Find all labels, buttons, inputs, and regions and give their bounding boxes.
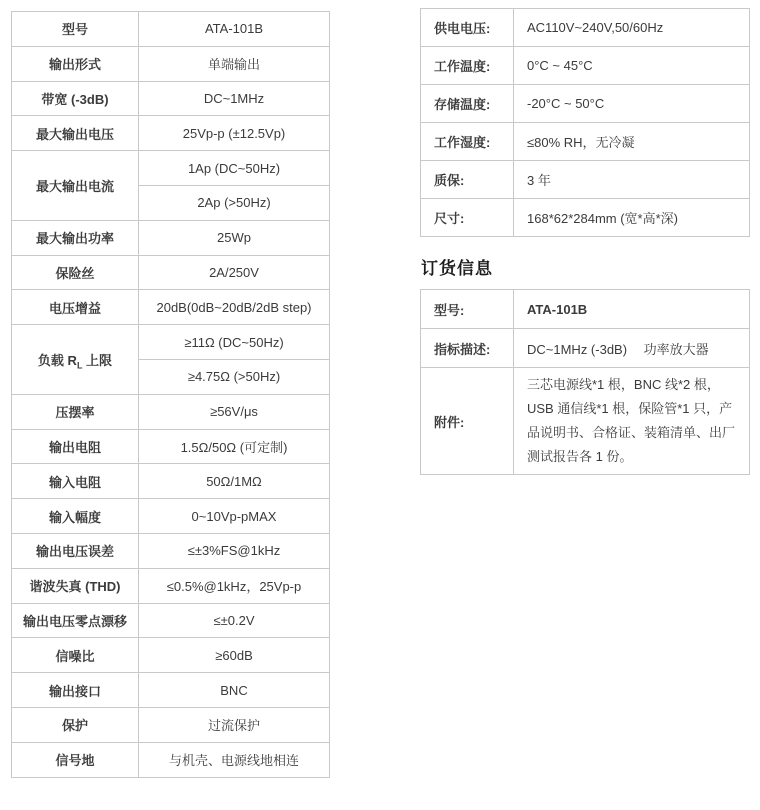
info-label-cell: 工作湿度: <box>421 123 514 161</box>
info-row: 工作温度:0°C ~ 45°C <box>421 47 750 85</box>
spec-row: 输出接口BNC <box>12 673 330 708</box>
spec-table: 型号ATA-101B输出形式单端输出带宽 (-3dB)DC~1MHz最大输出电压… <box>11 11 330 778</box>
info-value-cell: 168*62*284mm (宽*高*深) <box>514 199 750 237</box>
spec-value-cell: ≥11Ω (DC~50Hz) <box>139 325 330 360</box>
spec-value-cell: 单端输出 <box>139 46 330 81</box>
spec-label-cell: 输出电压误差 <box>12 533 139 568</box>
info-row: 质保:3 年 <box>421 161 750 199</box>
spec-label-cell: 输出形式 <box>12 46 139 81</box>
spec-label-cell: 最大输出电压 <box>12 116 139 151</box>
info-label-cell: 型号: <box>421 290 514 329</box>
spec-value-cell: 0~10Vp-pMAX <box>139 499 330 534</box>
spec-row: 最大输出电压25Vp-p (±12.5Vp) <box>12 116 330 151</box>
info-row: 型号:ATA-101B <box>421 290 750 329</box>
right-column: 供电电压:AC110V~240V,50/60Hz工作温度:0°C ~ 45°C存… <box>420 8 750 475</box>
spec-row: 型号ATA-101B <box>12 12 330 47</box>
spec-label-cell: 输出接口 <box>12 673 139 708</box>
info-label-cell: 供电电压: <box>421 9 514 47</box>
spec-row: 压摆率≥56V/μs <box>12 394 330 429</box>
spec-value-cell: 25Wp <box>139 220 330 255</box>
spec-label-cell: 输入电阻 <box>12 464 139 499</box>
general-info-table: 供电电压:AC110V~240V,50/60Hz工作温度:0°C ~ 45°C存… <box>420 8 750 237</box>
info-value-cell: ≤80% RH，无冷凝 <box>514 123 750 161</box>
info-label-cell: 存储温度: <box>421 85 514 123</box>
spec-row: 输出电压零点漂移≤±0.2V <box>12 603 330 638</box>
spec-row: 电压增益20dB(0dB~20dB/2dB step) <box>12 290 330 325</box>
spec-row: 输出形式单端输出 <box>12 46 330 81</box>
spec-label-cell: 型号 <box>12 12 139 47</box>
info-row: 存储温度:-20°C ~ 50°C <box>421 85 750 123</box>
spec-row: 信噪比≥60dB <box>12 638 330 673</box>
spec-label-cell: 谐波失真 (THD) <box>12 568 139 603</box>
spec-row: 输入电阻50Ω/1MΩ <box>12 464 330 499</box>
spec-label-cell: 信噪比 <box>12 638 139 673</box>
spec-value-cell: ≤±0.2V <box>139 603 330 638</box>
info-label-cell: 尺寸: <box>421 199 514 237</box>
spec-row: 带宽 (-3dB)DC~1MHz <box>12 81 330 116</box>
info-label-cell: 附件: <box>421 368 514 475</box>
spec-row: 最大输出电流1Ap (DC~50Hz) <box>12 151 330 186</box>
spec-value-cell: BNC <box>139 673 330 708</box>
spec-row: 最大输出功率25Wp <box>12 220 330 255</box>
spec-value-cell: ≤±3%FS@1kHz <box>139 533 330 568</box>
info-row: 附件:三芯电源线*1 根，BNC 线*2 根，USB 通信线*1 根，保险管*1… <box>421 368 750 475</box>
spec-label-cell: 带宽 (-3dB) <box>12 81 139 116</box>
spec-row: 保护过流保护 <box>12 707 330 742</box>
ordering-heading: 订货信息 <box>421 254 750 279</box>
spec-value-cell: ≥4.75Ω (>50Hz) <box>139 359 330 394</box>
spec-label-cell: 负载 RL 上限 <box>12 325 139 395</box>
spec-label-cell: 输出电阻 <box>12 429 139 464</box>
ordering-table: 型号:ATA-101B指标描述:DC~1MHz (-3dB) 功率放大器附件:三… <box>420 289 750 475</box>
spec-row: 负载 RL 上限≥11Ω (DC~50Hz) <box>12 325 330 360</box>
label-text: 负载 R <box>38 353 77 368</box>
spec-label-cell: 信号地 <box>12 742 139 777</box>
spec-label-cell: 保护 <box>12 707 139 742</box>
info-label-cell: 质保: <box>421 161 514 199</box>
spec-value-cell: ATA-101B <box>139 12 330 47</box>
spec-value-cell: 50Ω/1MΩ <box>139 464 330 499</box>
spec-row: 谐波失真 (THD)≤0.5%@1kHz，25Vp-p <box>12 568 330 603</box>
info-value-cell: 三芯电源线*1 根，BNC 线*2 根，USB 通信线*1 根，保险管*1 只，… <box>514 368 750 475</box>
spec-value-cell: ≤0.5%@1kHz，25Vp-p <box>139 568 330 603</box>
spec-label-cell: 最大输出功率 <box>12 220 139 255</box>
spec-value-cell: 2A/250V <box>139 255 330 290</box>
spec-value-cell: 25Vp-p (±12.5Vp) <box>139 116 330 151</box>
info-row: 指标描述:DC~1MHz (-3dB) 功率放大器 <box>421 329 750 368</box>
info-value-cell: AC110V~240V,50/60Hz <box>514 9 750 47</box>
spec-row: 输出电压误差≤±3%FS@1kHz <box>12 533 330 568</box>
spec-value-cell: 1Ap (DC~50Hz) <box>139 151 330 186</box>
spec-row: 保险丝2A/250V <box>12 255 330 290</box>
info-value-cell: 0°C ~ 45°C <box>514 47 750 85</box>
spec-label-cell: 输出电压零点漂移 <box>12 603 139 638</box>
spec-row: 输出电阻1.5Ω/50Ω (可定制) <box>12 429 330 464</box>
info-value-cell: ATA-101B <box>514 290 750 329</box>
info-row: 工作湿度:≤80% RH，无冷凝 <box>421 123 750 161</box>
info-label-cell: 指标描述: <box>421 329 514 368</box>
info-row: 供电电压:AC110V~240V,50/60Hz <box>421 9 750 47</box>
spec-value-cell: DC~1MHz <box>139 81 330 116</box>
spec-value-cell: 1.5Ω/50Ω (可定制) <box>139 429 330 464</box>
info-value-cell: -20°C ~ 50°C <box>514 85 750 123</box>
info-label-cell: 工作温度: <box>421 47 514 85</box>
spec-value-cell: 过流保护 <box>139 707 330 742</box>
spec-value-cell: ≥60dB <box>139 638 330 673</box>
spec-sheet-page: 型号ATA-101B输出形式单端输出带宽 (-3dB)DC~1MHz最大输出电压… <box>0 0 760 810</box>
label-text: 上限 <box>82 353 112 368</box>
spec-label-cell: 输入幅度 <box>12 499 139 534</box>
spec-label-cell: 保险丝 <box>12 255 139 290</box>
spec-row: 信号地与机壳、电源线地相连 <box>12 742 330 777</box>
info-value-cell: 3 年 <box>514 161 750 199</box>
spec-value-cell: ≥56V/μs <box>139 394 330 429</box>
spec-label-cell: 最大输出电流 <box>12 151 139 221</box>
info-row: 尺寸:168*62*284mm (宽*高*深) <box>421 199 750 237</box>
spec-label-cell: 压摆率 <box>12 394 139 429</box>
spec-value-cell: 20dB(0dB~20dB/2dB step) <box>139 290 330 325</box>
info-value-cell: DC~1MHz (-3dB) 功率放大器 <box>514 329 750 368</box>
spec-value-cell: 与机壳、电源线地相连 <box>139 742 330 777</box>
spec-row: 输入幅度0~10Vp-pMAX <box>12 499 330 534</box>
spec-value-cell: 2Ap (>50Hz) <box>139 185 330 220</box>
spec-label-cell: 电压增益 <box>12 290 139 325</box>
